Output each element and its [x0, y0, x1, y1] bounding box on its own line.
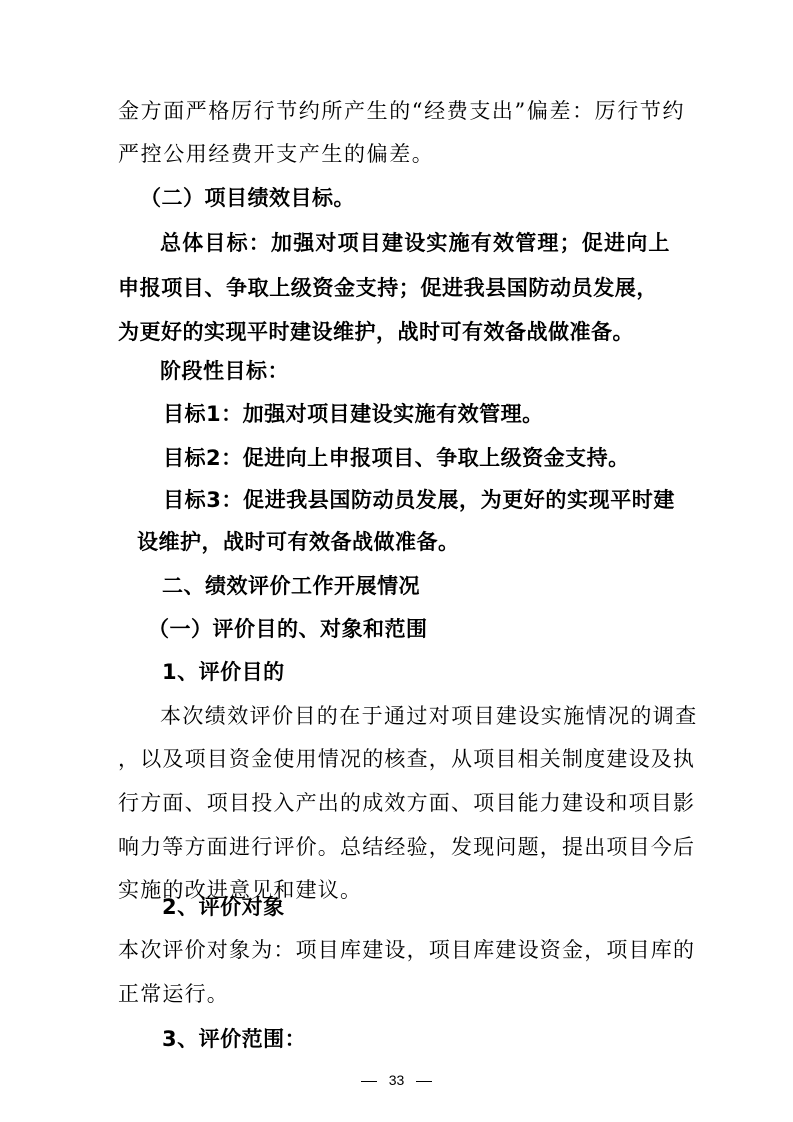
- paragraph-line: 响力等方面进行评价。总结经验，发现问题，提出项目今后: [118, 833, 695, 861]
- subheading: 2、评价对象: [162, 893, 285, 921]
- goal-line: 目标3：促进我县国防动员发展，为更好的实现平时建: [163, 486, 675, 514]
- paragraph-line: 总体目标：加强对项目建设实施有效管理；促进向上: [160, 229, 671, 257]
- goal-line: 目标2：促进向上申报项目、争取上级资金支持。: [163, 444, 630, 472]
- dash-decoration: [416, 1081, 432, 1082]
- paragraph-line: ，以及项目资金使用情况的核查，从项目相关制度建设及执: [118, 745, 695, 773]
- page-footer: 33: [0, 1072, 793, 1088]
- paragraph-line: 行方面、项目投入产出的成效方面、项目能力建设和项目影: [118, 789, 695, 817]
- paragraph-line: 为更好的实现平时建设维护，战时可有效备战做准备。: [118, 318, 634, 346]
- goal-line: 设维护，战时可有效备战做准备。: [137, 528, 460, 556]
- paragraph-line: 正常运行。: [118, 980, 229, 1008]
- paragraph-line: 申报项目、争取上级资金支持；促进我县国防动员发展，: [118, 274, 658, 302]
- page-number: 33: [389, 1072, 405, 1088]
- section-heading: （一）评价目的、对象和范围: [148, 615, 428, 643]
- paragraph-line: 严控公用经费开支产生的偏差。: [118, 140, 434, 168]
- subheading: 阶段性目标：: [160, 357, 289, 385]
- paragraph-line: 本次评价对象为：项目库建设，项目库建设资金，项目库的: [118, 936, 695, 964]
- paragraph-line: 本次绩效评价目的在于通过对项目建设实施情况的调查: [160, 702, 698, 730]
- subheading: 1、评价目的: [162, 658, 285, 686]
- paragraph-line: 金方面严格厉行节约所产生的“经费支出”偏差：厉行节约: [118, 97, 685, 125]
- goal-line: 目标1：加强对项目建设实施有效管理。: [163, 400, 544, 428]
- section-heading: 二、绩效评价工作开展情况: [162, 572, 420, 600]
- dash-decoration: [361, 1081, 377, 1082]
- section-heading: （二）项目绩效目标。: [140, 184, 355, 212]
- subheading: 3、评价范围：: [162, 1025, 306, 1053]
